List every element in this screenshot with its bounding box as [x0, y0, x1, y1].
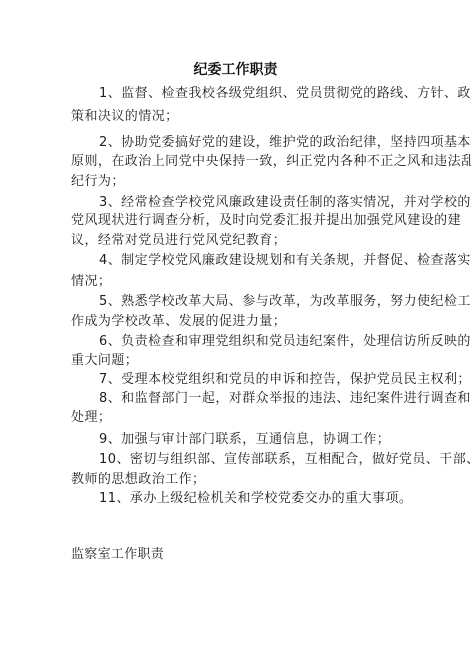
item-2-line-2: 原则，在政治上同党中央保持一致，纠正党内各种不正之风和违法乱	[71, 152, 471, 172]
item-10-line-2: 教师的思想政治工作；	[71, 470, 206, 490]
item-2-line-1: 2、协助党委搞好党的建设，维护党的政治纪律，坚持四项基本	[99, 133, 471, 153]
item-3-line-2: 党风现状进行调查分析，及时向党委汇报并提出加强党风建设的建	[71, 211, 461, 231]
item-11-line-1: 11、承办上级纪检机关和学校党委交办的重大事项。	[99, 489, 412, 509]
item-8-line-2: 处理；	[71, 408, 111, 428]
item-5-line-1: 5、熟悉学校改革大局、参与改革，为改革服务，努力使纪检工	[99, 292, 471, 312]
item-3-line-1: 3、经常检查学校党风廉政建设责任制的落实情况，并对学校的	[99, 193, 471, 213]
document-title: 纪委工作职责	[0, 60, 471, 80]
item-7-line-1: 7、受理本校党组织和党员的申诉和控告，保护党员民主权利；	[99, 370, 471, 390]
item-4-line-2: 情况；	[71, 272, 111, 292]
item-8-line-1: 8、和监督部门一起，对群众举报的违法、违纪案件进行调查和	[99, 389, 471, 409]
section-heading-supervision-office: 监察室工作职责	[71, 545, 164, 565]
item-1-line-2: 策和决议的情况；	[71, 107, 179, 127]
item-1-line-1: 1、监督、检查我校各级党组织、党员贯彻党的路线、方针、政	[99, 84, 471, 104]
item-6-line-2: 重大问题；	[71, 351, 138, 371]
item-6-line-1: 6、负责检查和审理党组织和党员违纪案件，处理信访所反映的	[99, 332, 471, 352]
item-4-line-1: 4、制定学校党风廉政建设规划和有关条规，并督促、检查落实	[99, 251, 471, 271]
item-3-line-3: 议，经常对党员进行党风党纪教育；	[71, 231, 286, 251]
item-2-line-3: 纪行为；	[71, 172, 125, 192]
item-9-line-1: 9、加强与审计部门联系，互通信息，协调工作；	[99, 430, 390, 450]
document-page: 纪委工作职责 1、监督、检查我校各级党组织、党员贯彻党的路线、方针、政 策和决议…	[0, 0, 471, 667]
item-5-line-2: 作成为学校改革、发展的促进力量；	[71, 312, 286, 332]
item-10-line-1: 10、密切与组织部、宣传部联系，互相配合，做好党员、干部、	[99, 450, 471, 470]
